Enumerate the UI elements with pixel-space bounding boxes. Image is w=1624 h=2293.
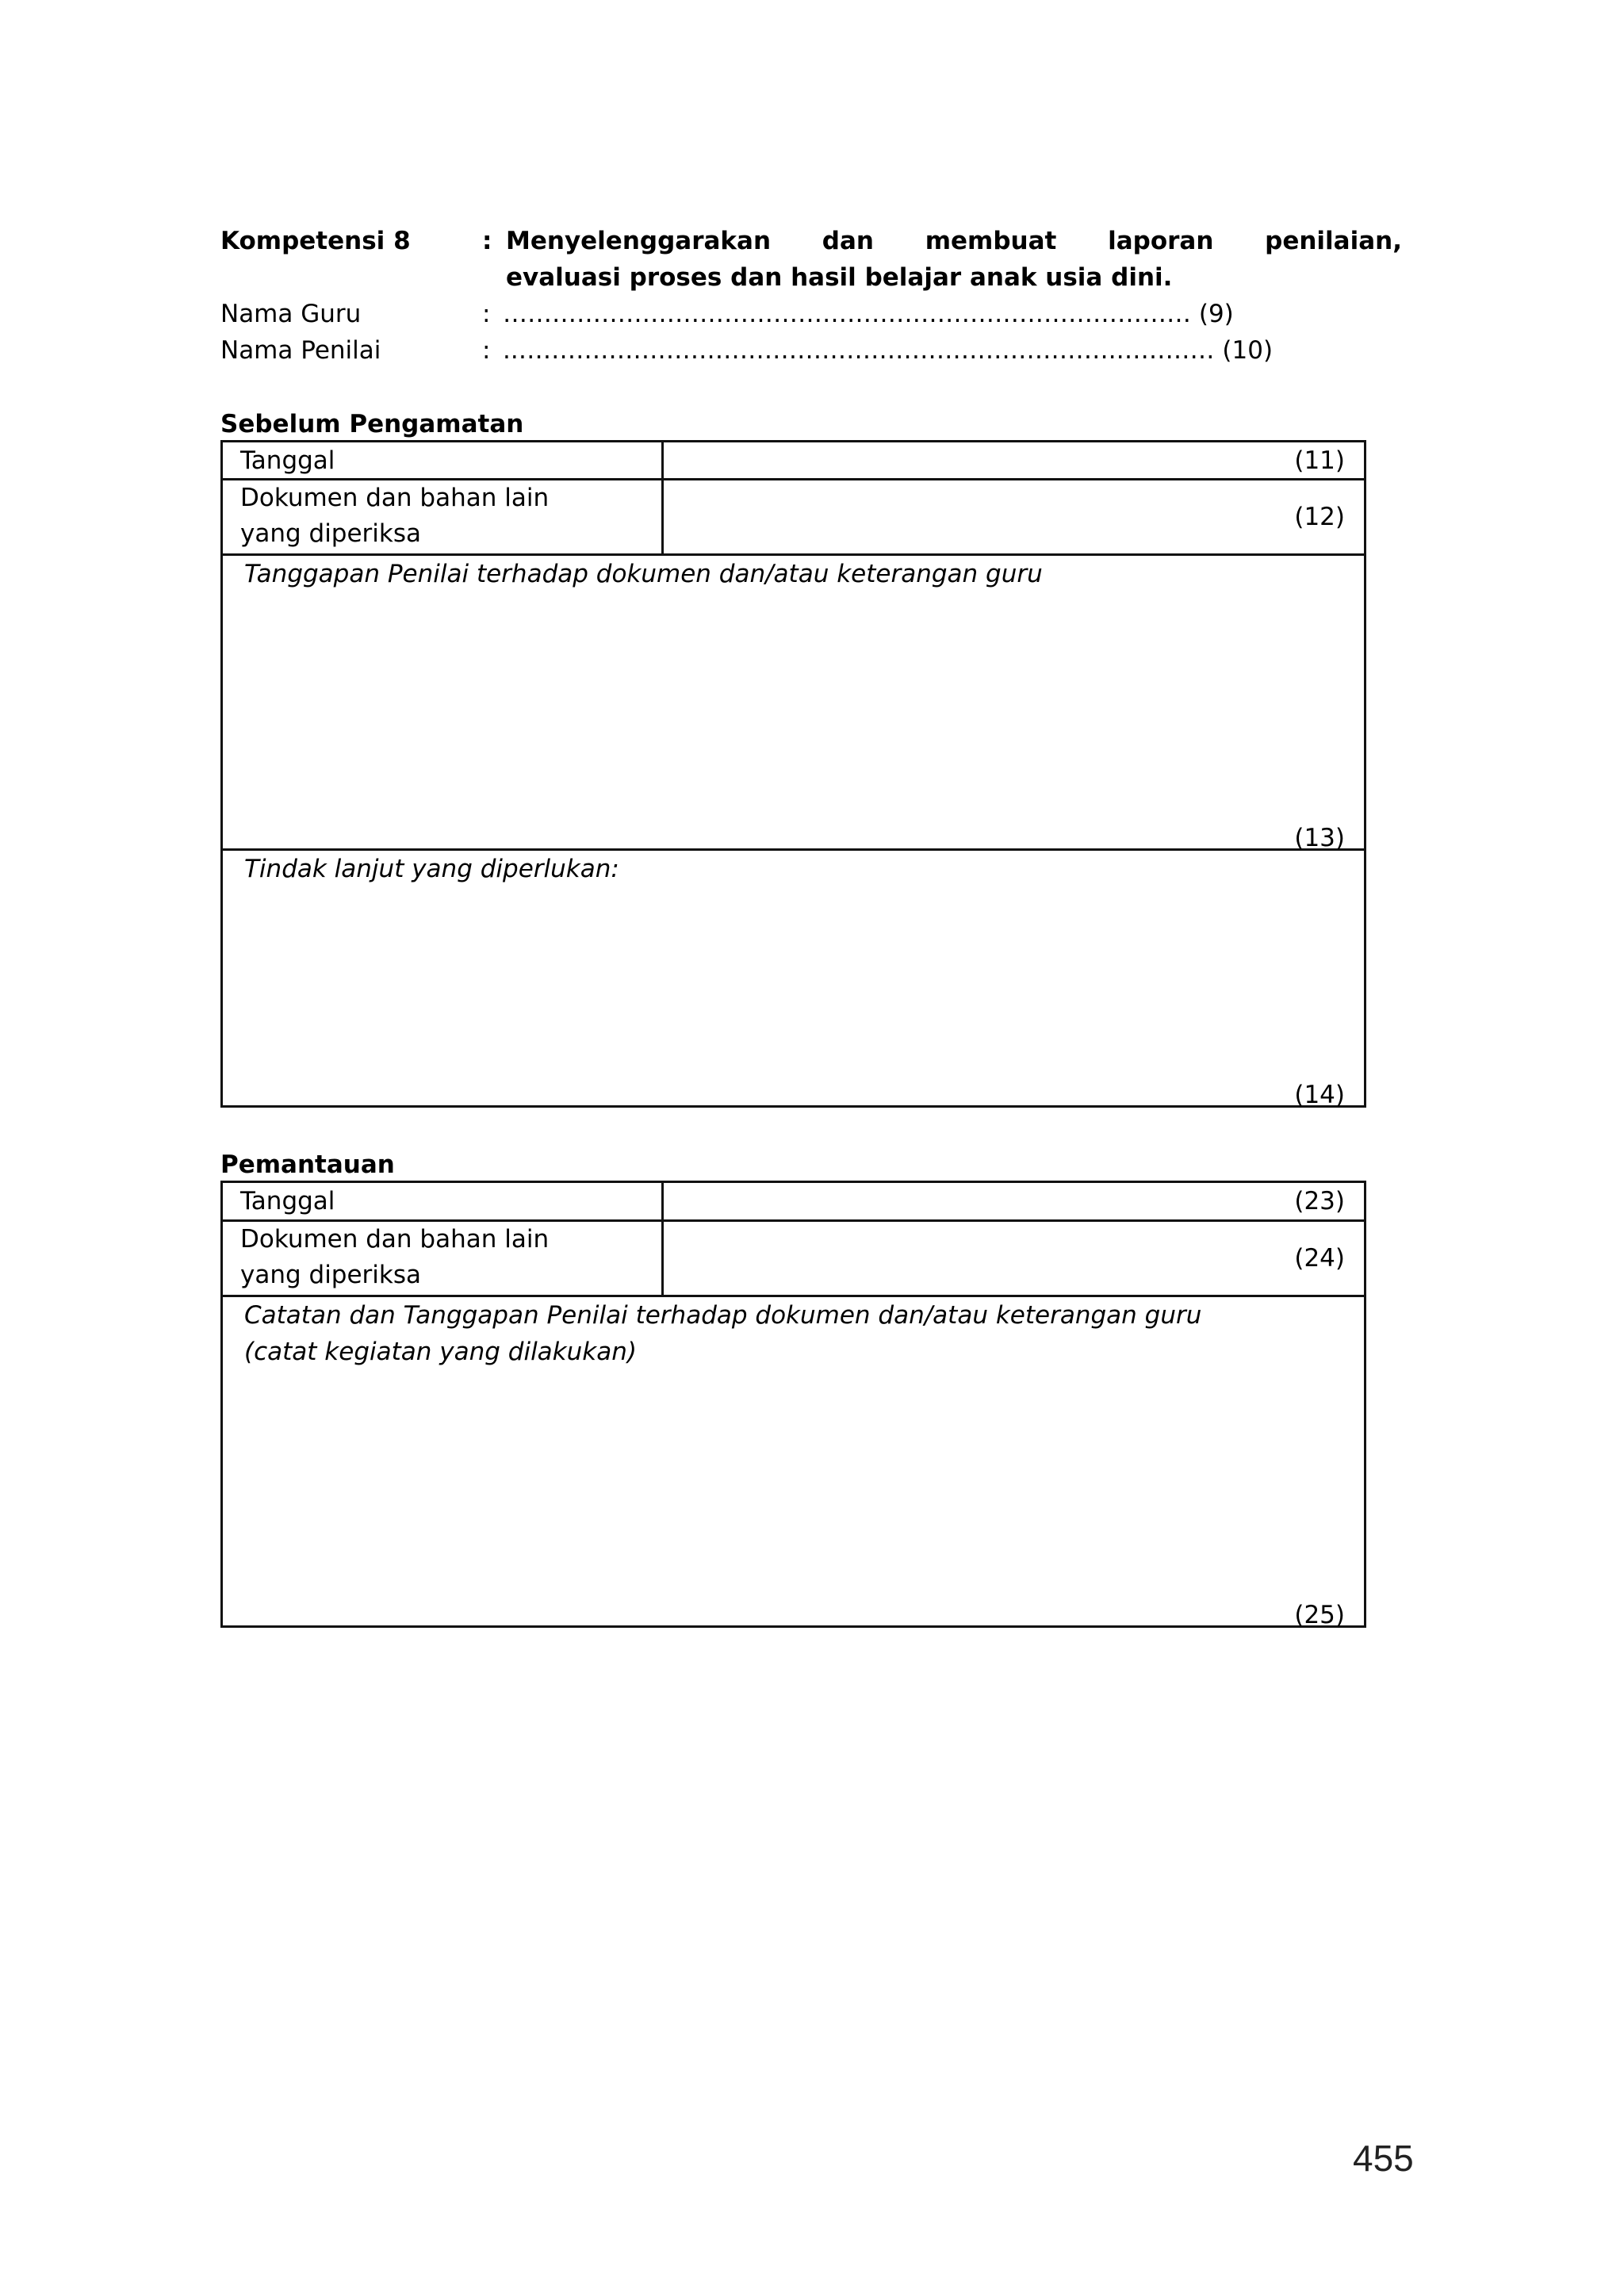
section-title-monitoring: Pemantauan [220,1146,395,1183]
before-observation-table: Tanggal (11) Dokumen dan bahan lain yang… [220,440,1366,1108]
documents-label-cell: Dokumen dan bahan lain yang diperiksa [223,480,664,553]
competency-description-line2: evaluasi proses dan hasil belajar anak u… [506,259,1402,296]
table-row-date: Tanggal (23) [223,1183,1364,1222]
teacher-name-label: Nama Guru [220,296,361,332]
date-field-ref[interactable]: (23) [1294,1183,1345,1219]
assessor-response-label: Tanggapan Penilai terhadap dokumen dan/a… [244,556,1339,592]
assessor-name-colon: : [482,332,490,369]
follow-up-ref: (14) [1294,1077,1345,1113]
teacher-name-colon: : [482,296,490,332]
section-title-before-observation: Sebelum Pengamatan [220,406,523,442]
table-row-date: Tanggal (11) [223,442,1364,480]
competency-colon: : [482,223,492,259]
notes-response-label: Catatan dan Tanggapan Penilai terhadap d… [244,1297,1339,1370]
table-row-assessor-response[interactable]: Tanggapan Penilai terhadap dokumen dan/a… [223,556,1364,851]
notes-response-label-line2: (catat kegiatan yang dilakukan) [244,1334,1339,1370]
documents-label: Dokumen dan bahan lain yang diperiksa [240,480,573,552]
table-row-documents: Dokumen dan bahan lain yang diperiksa (1… [223,480,1364,556]
assessor-name-field[interactable]: ..……………………………………………………………….………… (10) [503,332,1273,369]
table-row-follow-up[interactable]: Tindak lanjut yang diperlukan: (14) [223,851,1364,1105]
documents-label-cell: Dokumen dan bahan lain yang diperiksa [223,1222,664,1295]
table-row-notes-response[interactable]: Catatan dan Tanggapan Penilai terhadap d… [223,1297,1364,1625]
documents-field-ref[interactable]: (12) [1294,499,1345,535]
page-number: 455 [1353,2137,1414,2180]
documents-label: Dokumen dan bahan lain yang diperiksa [240,1222,573,1293]
notes-response-ref: (25) [1294,1597,1345,1633]
follow-up-label: Tindak lanjut yang diperlukan: [244,851,1339,887]
documents-field-ref[interactable]: (24) [1294,1240,1345,1277]
date-label-cell: Tanggal [223,1183,664,1219]
competency-description-line1: Menyelenggarakan dan membuat laporan pen… [506,223,1402,259]
date-label: Tanggal [240,1187,335,1215]
assessor-name-label: Nama Penilai [220,332,381,369]
competency-label: Kompetensi 8 [220,223,411,259]
date-label-cell: Tanggal [223,442,664,478]
date-label: Tanggal [240,446,335,475]
monitoring-table: Tanggal (23) Dokumen dan bahan lain yang… [220,1181,1366,1628]
competency-description: Menyelenggarakan dan membuat laporan pen… [506,223,1402,296]
teacher-name-field[interactable]: ………………………………………………………………………… (9) [503,296,1234,332]
date-field-ref[interactable]: (11) [1294,442,1345,479]
notes-response-label-line1: Catatan dan Tanggapan Penilai terhadap d… [244,1297,1339,1334]
table-row-documents: Dokumen dan bahan lain yang diperiksa (2… [223,1222,1364,1297]
